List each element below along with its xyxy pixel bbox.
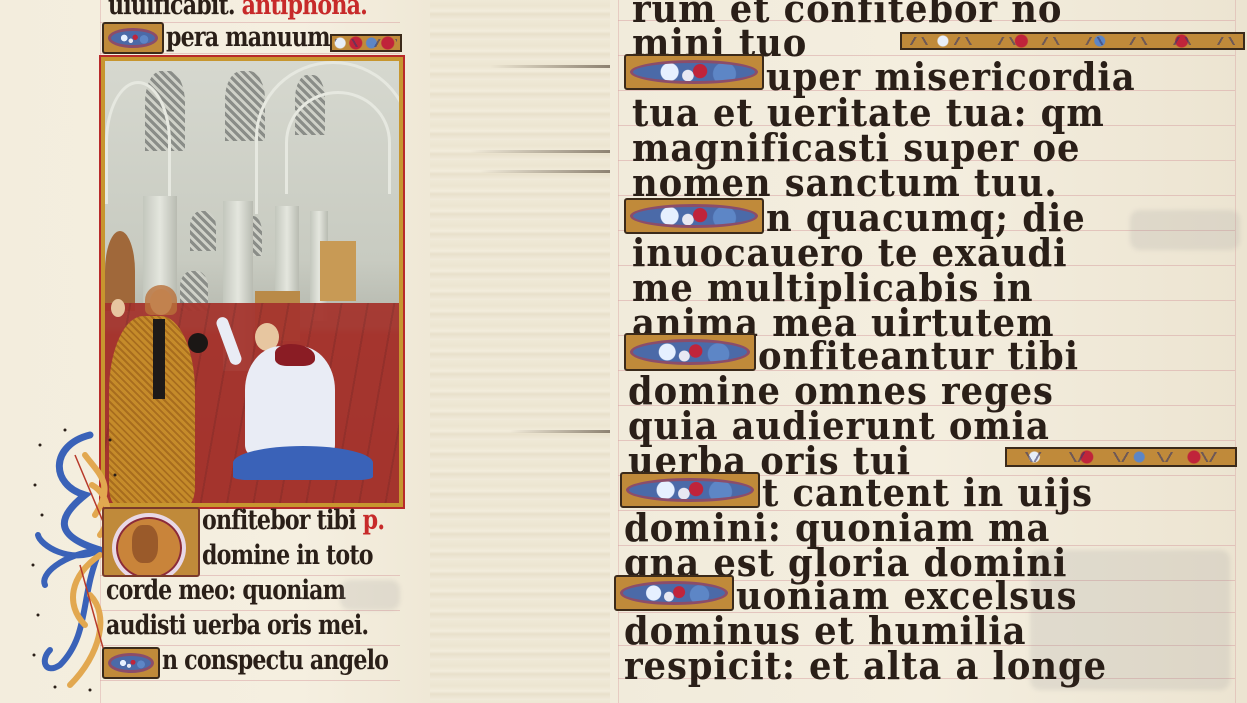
- gutter-streak: [470, 150, 610, 153]
- psalm-line-2: domine in toto: [202, 540, 373, 571]
- figure-hair: [145, 285, 177, 315]
- illuminated-initial-c: [624, 333, 756, 371]
- illuminated-initial-i: [624, 198, 764, 234]
- seated-figure: [132, 525, 158, 563]
- ruling-vertical: [1235, 0, 1236, 703]
- initial-ornament-icon: [630, 60, 758, 84]
- psalm-line-1: onfitebor tibi p.: [202, 505, 384, 536]
- psalm-line-3: corde meo: quoniam: [106, 575, 345, 606]
- psalm-line-5: n conspectu angelo: [162, 645, 388, 676]
- initial-ornament-icon: [108, 28, 158, 48]
- page-stain: [1130, 210, 1240, 250]
- line-filler-ornament: [1005, 447, 1237, 467]
- line-filler-ornament: [330, 34, 402, 52]
- page-stain: [340, 580, 400, 610]
- illuminated-initial-q: [614, 575, 734, 611]
- antiphon-line: pera manuum: [166, 22, 330, 53]
- psalm-text: onfitebor tibi: [202, 505, 356, 536]
- rubric-text: uiuificabit.: [108, 0, 235, 21]
- wooden-stall: [320, 241, 356, 301]
- black-hat: [188, 333, 208, 353]
- gutter-streak: [490, 65, 610, 68]
- initial-ornament-icon: [626, 478, 754, 502]
- right-page: rum et confitebor no mini tuo uper miser…: [610, 0, 1247, 703]
- gothic-window: [190, 211, 216, 251]
- rubric-red-label: antiphona.: [242, 0, 367, 21]
- vault-arch: [285, 91, 391, 194]
- page-gutter: [430, 0, 610, 703]
- illuminated-initial-s: [624, 54, 764, 90]
- line-filler-ornament: [900, 32, 1245, 50]
- initial-ornament-icon: [108, 653, 154, 673]
- psalm-line-4: audisti uerba oris mei.: [106, 610, 368, 641]
- gutter-streak: [480, 170, 610, 173]
- illuminated-initial-e: [620, 472, 760, 508]
- historiated-initial-c: [102, 507, 200, 577]
- illuminated-initial-o: [102, 22, 164, 54]
- psalm-rubric: p.: [363, 505, 385, 536]
- gutter-streak: [510, 430, 610, 433]
- black-stole: [153, 319, 165, 399]
- initial-ornament-icon: [630, 339, 750, 365]
- left-page: uiuificabit. antiphona. pera manuum: [0, 0, 430, 703]
- initial-ornament-icon: [620, 581, 728, 605]
- gold-robe-figure: [109, 316, 195, 506]
- initial-ornament-icon: [630, 204, 758, 228]
- text-line-20: respicit: et alta a longe: [624, 643, 1107, 688]
- rubric-line: uiuificabit. antiphona.: [108, 0, 367, 21]
- blue-cassock: [233, 446, 373, 480]
- ruling-line: [100, 680, 400, 681]
- arch: [105, 81, 171, 204]
- background-figure-head: [111, 299, 125, 317]
- miniature-painting: [101, 57, 403, 507]
- illuminated-initial-i: [102, 647, 160, 679]
